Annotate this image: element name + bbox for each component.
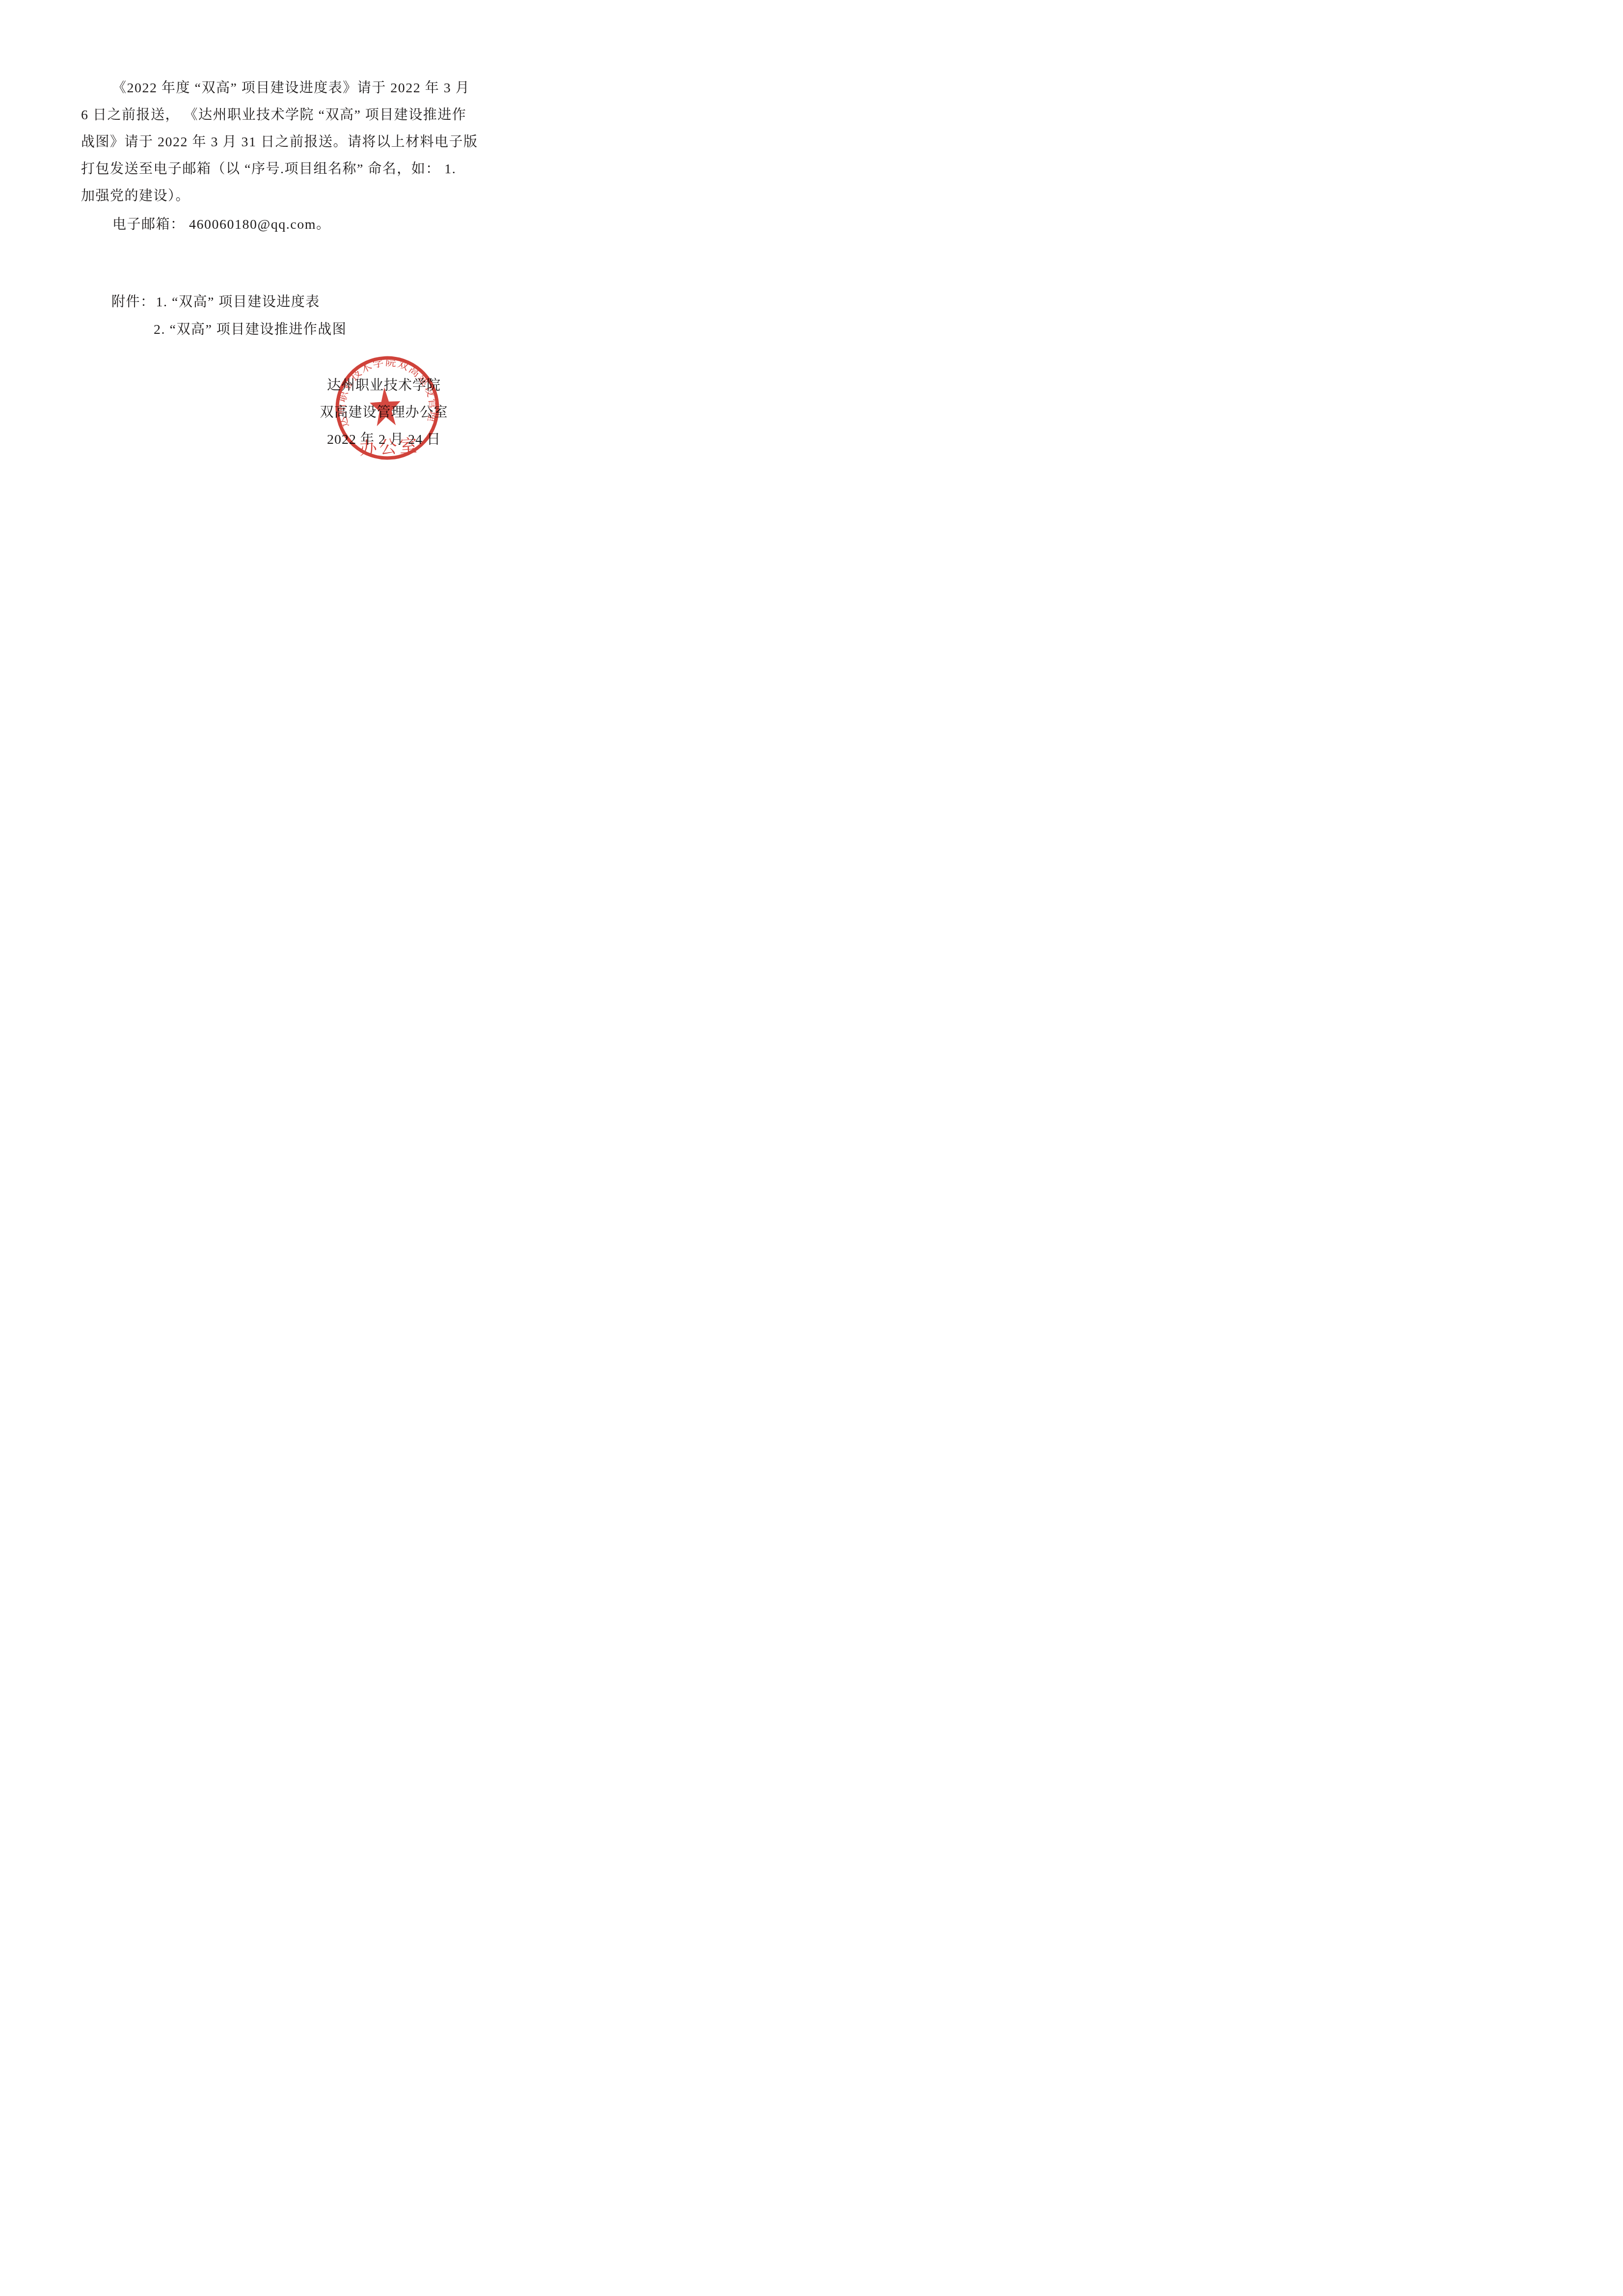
document-page: 《2022 年度 “双高” 项目建设进度表》请于 2022 年 3 月 6 日之…: [0, 0, 541, 765]
attachment-item-1: 1. “双高” 项目建设进度表: [156, 295, 320, 310]
attachments-label: 附件：: [111, 295, 155, 310]
seal-bottom-text: 办公室: [359, 436, 420, 459]
attachment-row-2: 2. “双高” 项目建设推进作战图: [111, 316, 347, 344]
body-paragraph: 《2022 年度 “双高” 项目建设进度表》请于 2022 年 3 月 6 日之…: [81, 75, 479, 210]
official-seal-graphic: 达州职业技术学院双高建设管理 办公室: [329, 349, 445, 466]
body-line-5: 加强党的建设）。: [81, 183, 479, 210]
seal-ring-text-holder: 达州职业技术学院双高建设管理: [332, 353, 440, 429]
attachment-row-1: 附件：1. “双高” 项目建设进度表: [111, 289, 347, 316]
attachment-item-2: 2. “双高” 项目建设推进作战图: [154, 322, 347, 337]
seal-star-icon: [369, 386, 402, 426]
official-seal: 达州职业技术学院双高建设管理 办公室: [329, 349, 445, 466]
body-line-2: 6 日之前报送， 《达州职业技术学院 “双高” 项目建设推进作: [81, 102, 479, 129]
attachments-block: 附件：1. “双高” 项目建设进度表 2. “双高” 项目建设推进作战图: [111, 289, 347, 344]
seal-ring-text: 达州职业技术学院双高建设管理: [332, 353, 440, 429]
body-line-3: 战图》请于 2022 年 3 月 31 日之前报送。请将以上材料电子版: [81, 129, 479, 156]
body-line-1: 《2022 年度 “双高” 项目建设进度表》请于 2022 年 3 月: [81, 75, 479, 102]
body-line-4: 打包发送至电子邮箱（以 “序号.项目组名称” 命名，如： 1.: [81, 156, 479, 183]
email-line: 电子邮箱： 460060180@qq.com。: [112, 211, 331, 238]
